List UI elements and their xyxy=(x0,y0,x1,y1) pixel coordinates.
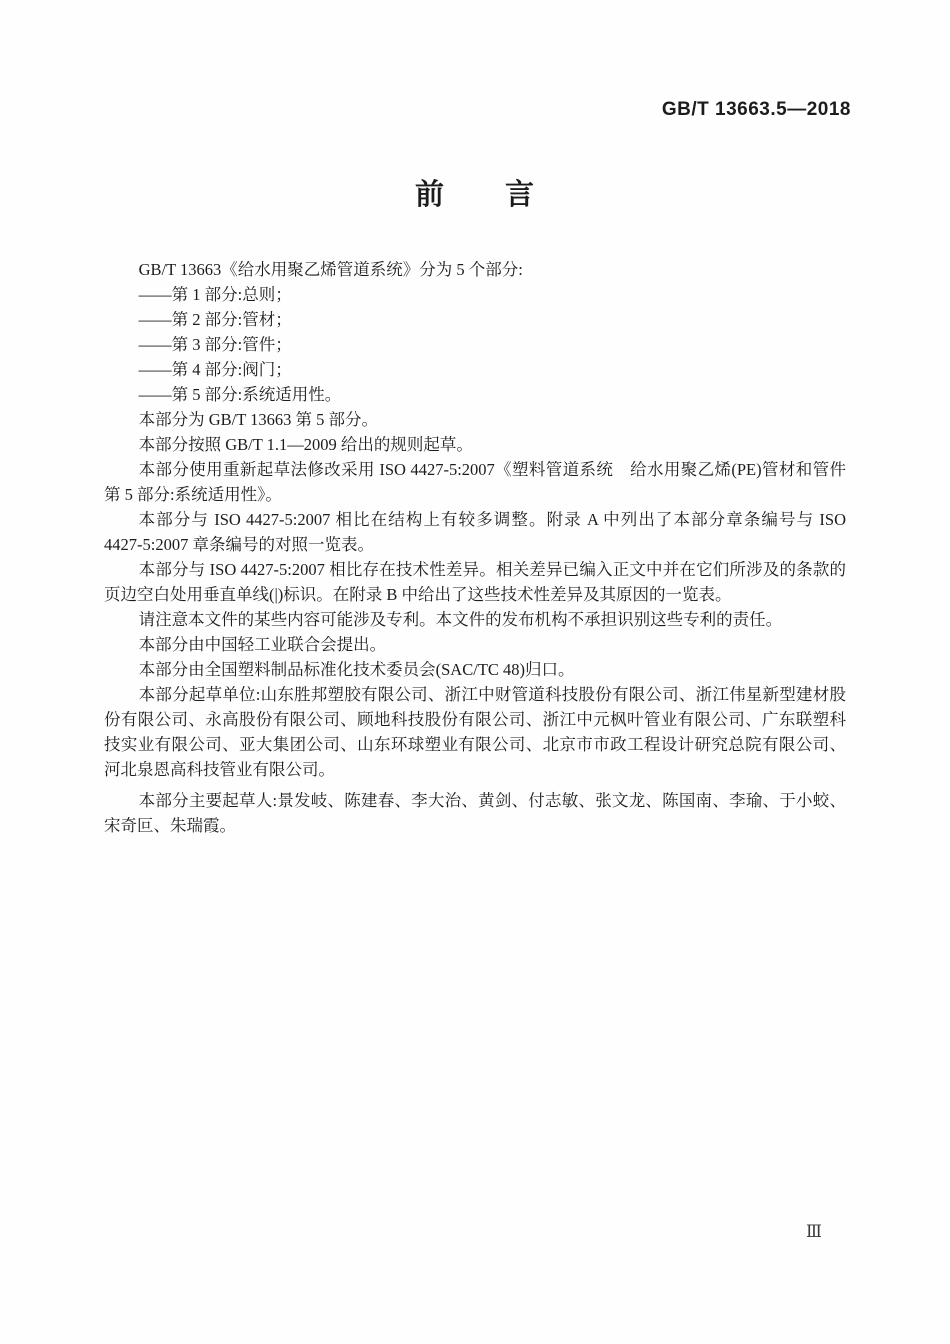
page-number: Ⅲ xyxy=(806,1222,822,1242)
foreword-part-item-3: ——第 3 部分:管件； xyxy=(104,332,846,357)
foreword-part-item-4: ——第 4 部分:阀门； xyxy=(104,357,846,382)
foreword-paragraph: 本部分与 ISO 4427-5:2007 相比存在技术性差异。相关差异已编入正文… xyxy=(104,557,846,607)
foreword-patent-notice: 请注意本文件的某些内容可能涉及专利。本文件的发布机构不承担识别这些专利的责任。 xyxy=(104,607,846,632)
standard-code: GB/T 13663.5—2018 xyxy=(662,99,851,121)
foreword-paragraph: 本部分按照 GB/T 1.1—2009 给出的规则起草。 xyxy=(104,432,846,457)
foreword-drafting-orgs: 本部分起草单位:山东胜邦塑胶有限公司、浙江中财管道科技股份有限公司、浙江伟星新型… xyxy=(104,682,846,782)
foreword-paragraph: 本部分为 GB/T 13663 第 5 部分。 xyxy=(104,407,846,432)
foreword-body: GB/T 13663《给水用聚乙烯管道系统》分为 5 个部分: ——第 1 部分… xyxy=(104,257,846,838)
foreword-committee: 本部分由全国塑料制品标准化技术委员会(SAC/TC 48)归口。 xyxy=(104,657,846,682)
foreword-proposer: 本部分由中国轻工业联合会提出。 xyxy=(104,632,846,657)
foreword-paragraph: 本部分与 ISO 4427-5:2007 相比在结构上有较多调整。附录 A 中列… xyxy=(104,507,846,557)
page-title: 前 言 xyxy=(0,172,950,213)
foreword-drafters: 本部分主要起草人:景发岐、陈建春、李大治、黄剑、付志敏、张文龙、陈国南、李瑜、于… xyxy=(104,788,846,838)
foreword-paragraph: 本部分使用重新起草法修改采用 ISO 4427-5:2007《塑料管道系统 给水… xyxy=(104,457,846,507)
foreword-part-item-1: ——第 1 部分:总则； xyxy=(104,282,846,307)
document-page: GB/T 13663.5—2018 前 言 GB/T 13663《给水用聚乙烯管… xyxy=(0,0,950,1344)
foreword-part-item-5: ——第 5 部分:系统适用性。 xyxy=(104,382,846,407)
foreword-intro: GB/T 13663《给水用聚乙烯管道系统》分为 5 个部分: xyxy=(104,257,846,282)
foreword-part-item-2: ——第 2 部分:管材； xyxy=(104,307,846,332)
